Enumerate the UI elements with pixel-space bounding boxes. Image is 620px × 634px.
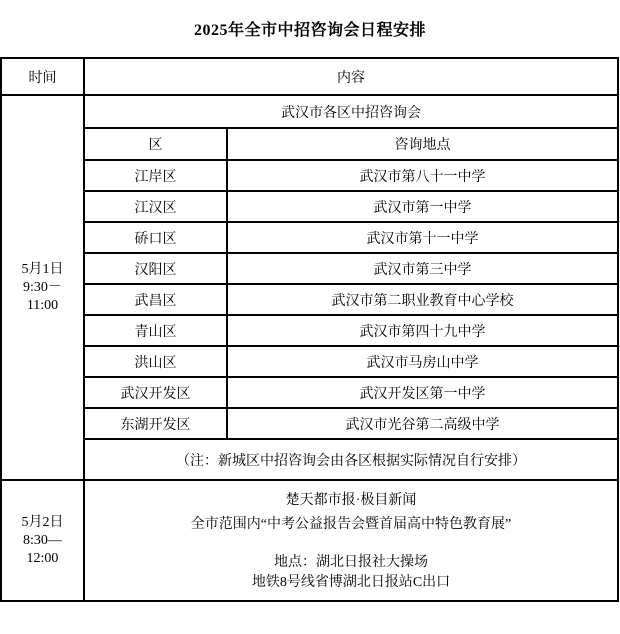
note-cell: （注：新城区中招咨询会由各区根据实际情况自行安排）: [84, 439, 618, 480]
table-row: 青山区 武汉市第四十九中学: [1, 315, 618, 346]
session1-time-cell: 5月1日 9:30－ 11:00: [1, 95, 84, 480]
session2-time-cell: 5月2日 8:30— 12:00: [1, 480, 84, 601]
location-cell: 武汉开发区第一中学: [227, 377, 618, 408]
table-row: 东湖开发区 武汉市光谷第二高级中学: [1, 408, 618, 439]
table-row: 江汉区 武汉市第一中学: [1, 191, 618, 222]
session2-start-time: 8:30—: [2, 532, 83, 550]
district-cell: 青山区: [84, 315, 227, 346]
session2-organizer: 楚天都市报·极目新闻: [85, 489, 617, 513]
location-cell: 武汉市第四十九中学: [227, 315, 618, 346]
subheader-location-cell: 咨询地点: [227, 128, 618, 160]
table-row: 武汉开发区 武汉开发区第一中学: [1, 377, 618, 408]
district-cell: 武昌区: [84, 284, 227, 315]
location-cell: 武汉市第二职业教育中心学校: [227, 284, 618, 315]
location-cell: 武汉市光谷第二高级中学: [227, 408, 618, 439]
district-cell: 武汉开发区: [84, 377, 227, 408]
session2-end-time: 12:00: [2, 550, 83, 568]
session2-row: 5月2日 8:30— 12:00 楚天都市报·极目新闻 全市范围内“中考公益报告…: [1, 480, 618, 601]
session1-date: 5月1日: [2, 261, 83, 279]
sub-header-row: 区 咨询地点: [1, 128, 618, 160]
page: 2025年全市中招咨询会日程安排 时间 内容 5月1日 9:30－ 11:00 …: [0, 0, 620, 634]
subheader-district-cell: 区: [84, 128, 227, 160]
session2-venue: 地点：湖北日报社大操场: [85, 553, 617, 573]
section-title-row: 5月1日 9:30－ 11:00 武汉市各区中招咨询会: [1, 95, 618, 128]
session1-start-time: 9:30－: [2, 279, 83, 297]
table-row: 武昌区 武汉市第二职业教育中心学校: [1, 284, 618, 315]
district-cell: 东湖开发区: [84, 408, 227, 439]
schedule-table: 时间 内容 5月1日 9:30－ 11:00 武汉市各区中招咨询会 区 咨询地点…: [0, 57, 619, 602]
table-row: 江岸区 武汉市第八十一中学: [1, 160, 618, 191]
table-header-row: 时间 内容: [1, 58, 618, 95]
session2-date: 5月2日: [2, 514, 83, 532]
spacer: [85, 537, 617, 553]
location-cell: 武汉市第八十一中学: [227, 160, 618, 191]
session2-event-name: 全市范围内“中考公益报告会暨首届高中特色教育展”: [85, 513, 617, 537]
table-row: 汉阳区 武汉市第三中学: [1, 253, 618, 284]
table-row: 硚口区 武汉市第十一中学: [1, 222, 618, 253]
page-title: 2025年全市中招咨询会日程安排: [0, 0, 620, 57]
note-row: （注：新城区中招咨询会由各区根据实际情况自行安排）: [1, 439, 618, 480]
district-cell: 江汉区: [84, 191, 227, 222]
session1-end-time: 11:00: [2, 297, 83, 315]
district-cell: 洪山区: [84, 346, 227, 377]
session1-section-title-cell: 武汉市各区中招咨询会: [84, 95, 618, 128]
district-cell: 汉阳区: [84, 253, 227, 284]
location-cell: 武汉市第十一中学: [227, 222, 618, 253]
header-content-cell: 内容: [84, 58, 618, 95]
header-time-cell: 时间: [1, 58, 84, 95]
session2-content-cell: 楚天都市报·极目新闻 全市范围内“中考公益报告会暨首届高中特色教育展” 地点：湖…: [84, 480, 618, 601]
district-cell: 江岸区: [84, 160, 227, 191]
location-cell: 武汉市马房山中学: [227, 346, 618, 377]
session2-metro-directions: 地铁8号线省博湖北日报站C出口: [85, 573, 617, 593]
district-cell: 硚口区: [84, 222, 227, 253]
location-cell: 武汉市第一中学: [227, 191, 618, 222]
location-cell: 武汉市第三中学: [227, 253, 618, 284]
table-row: 洪山区 武汉市马房山中学: [1, 346, 618, 377]
